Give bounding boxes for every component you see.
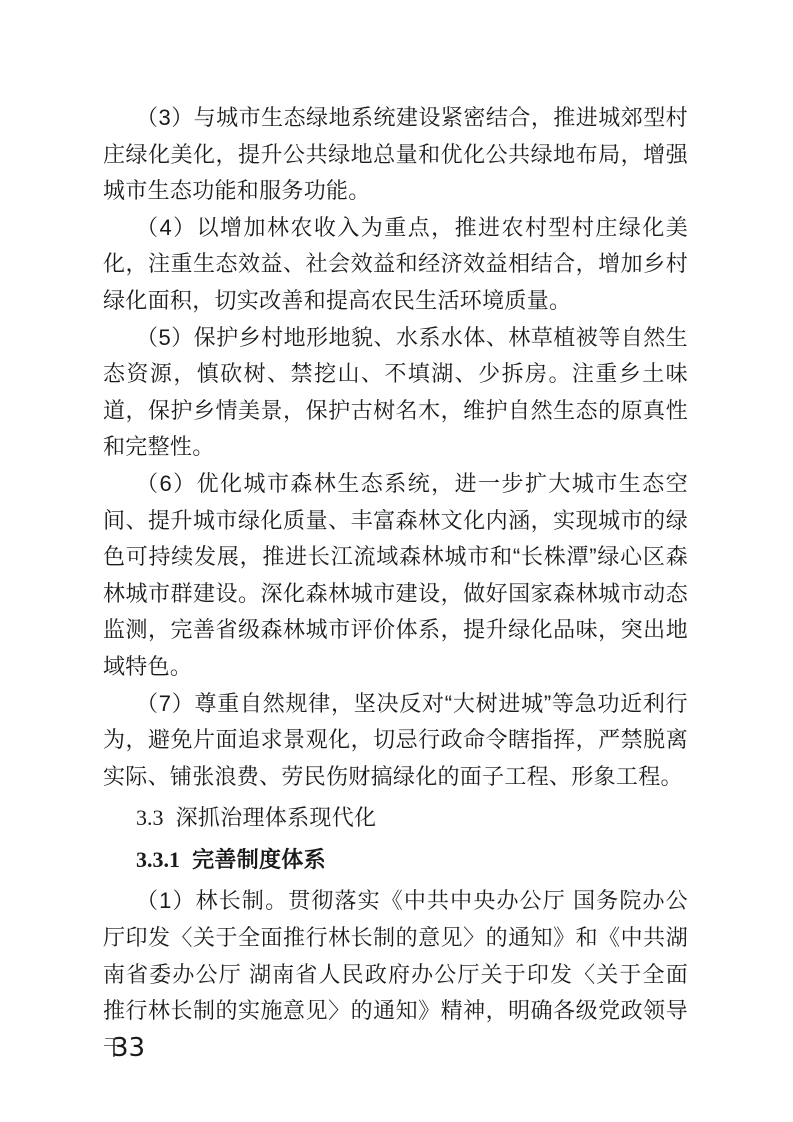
- page-number: 33: [112, 1033, 145, 1063]
- section-number: 3.3: [136, 805, 164, 830]
- paragraph-4: （4）以增加林农收入为重点，推进农村型村庄绿化美化，注重生态效益、社会效益和经济…: [103, 210, 688, 320]
- paragraph-5: （5）保护乡村地形地貌、水系水体、林草植被等自然生态资源，慎砍树、禁挖山、不填湖…: [103, 320, 688, 466]
- subsection-title: 完善制度体系: [192, 847, 326, 872]
- subsection-heading-3-3-1: 3.3.1完善制度体系: [103, 842, 688, 879]
- paragraph-6: （6）优化城市森林生态系统，进一步扩大城市生态空间、提升城市绿化质量、丰富森林文…: [103, 466, 688, 686]
- document-page: （3）与城市生态绿地系统建设紧密结合，推进城郊型村庄绿化美化，提升公共绿地总量和…: [0, 0, 793, 1122]
- section-heading-3-3: 3.3深抓治理体系现代化: [103, 800, 688, 837]
- paragraph-3: （3）与城市生态绿地系统建设紧密结合，推进城郊型村庄绿化美化，提升公共绿地总量和…: [103, 100, 688, 210]
- paragraph-1: （1）林长制。贯彻落实《中共中央办公厅 国务院办公厅印发〈关于全面推行林长制的意…: [103, 883, 688, 1066]
- section-title: 深抓治理体系现代化: [176, 805, 377, 830]
- document-body: （3）与城市生态绿地系统建设紧密结合，推进城郊型村庄绿化美化，提升公共绿地总量和…: [103, 100, 688, 1066]
- subsection-number: 3.3.1: [136, 847, 180, 872]
- paragraph-7: （7）尊重自然规律，坚决反对“大树进城”等急功近利行为，避免片面追求景观化，切忌…: [103, 686, 688, 796]
